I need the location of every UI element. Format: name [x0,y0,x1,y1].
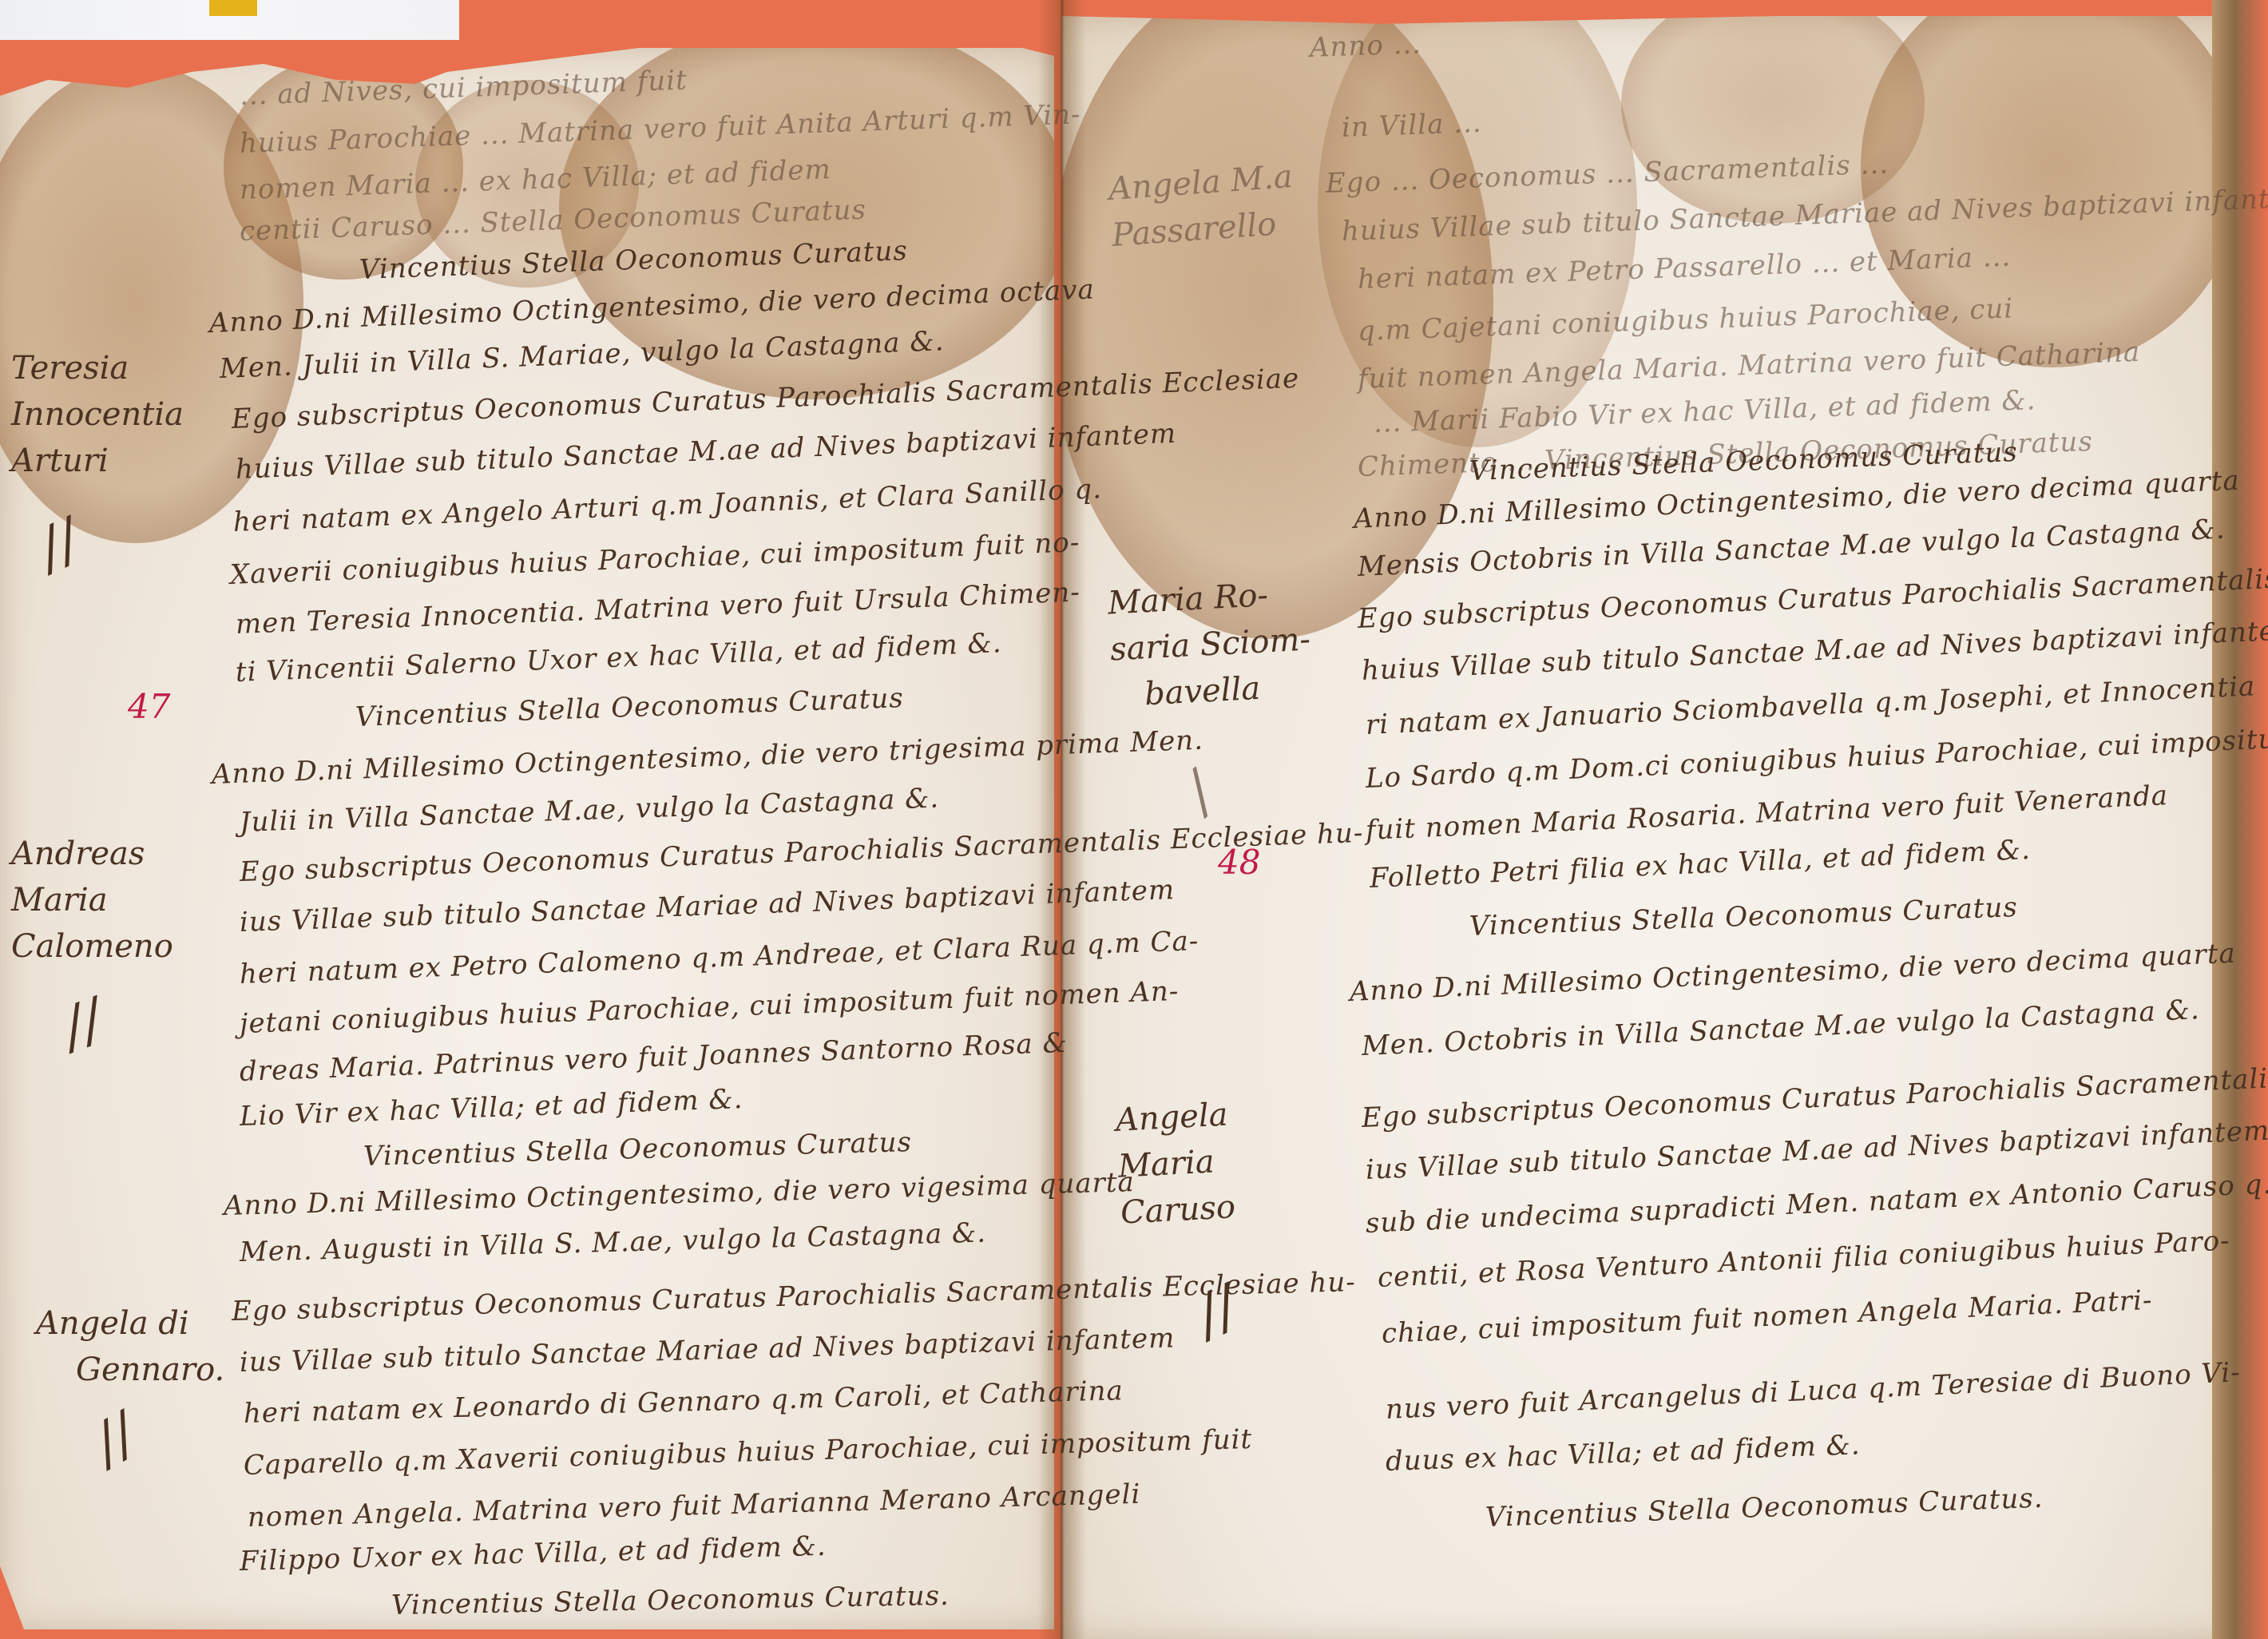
text-line: Anno ... [1309,28,1421,64]
margin-name-andreas: Andreas Maria Calomeno [11,831,173,970]
margin-name-angela-maria-caruso: Angela Maria Caruso [1115,1091,1237,1236]
page-number: 48 [1218,843,1260,882]
margin-name-line: Innocentia [11,391,184,438]
margin-name-line: Maria [11,877,173,923]
margin-name-angela-passarello: Angela M.a Passarello [1107,153,1297,259]
margin-name-angela-di-gennaro: Angela di Gennaro. [36,1300,224,1393]
margin-name-maria-rosaria: Maria Ro- saria Sciom- bavella [1107,570,1314,720]
page-edges [2212,0,2268,1639]
margin-name-line: Maria [1117,1137,1235,1189]
margin-name-line: Teresia [11,345,184,391]
margin-name-line: Calomeno [11,923,173,970]
margin-name-teresia: Teresia Innocentia Arturi [11,345,184,484]
margin-name-line: Angela [1115,1091,1232,1143]
margin-name-line: Andreas [11,831,173,877]
margin-name-line: Arturi [11,438,184,484]
open-register-book: ... ad Nives, cui impositum fuit huius P… [0,0,2268,1639]
page-number: 47 [128,687,170,726]
margin-name-line: Angela di [36,1300,224,1347]
text-line: in Villa ... [1341,107,1482,144]
margin-name-line: Caruso [1120,1184,1237,1236]
margin-name-line: Gennaro. [36,1347,224,1393]
